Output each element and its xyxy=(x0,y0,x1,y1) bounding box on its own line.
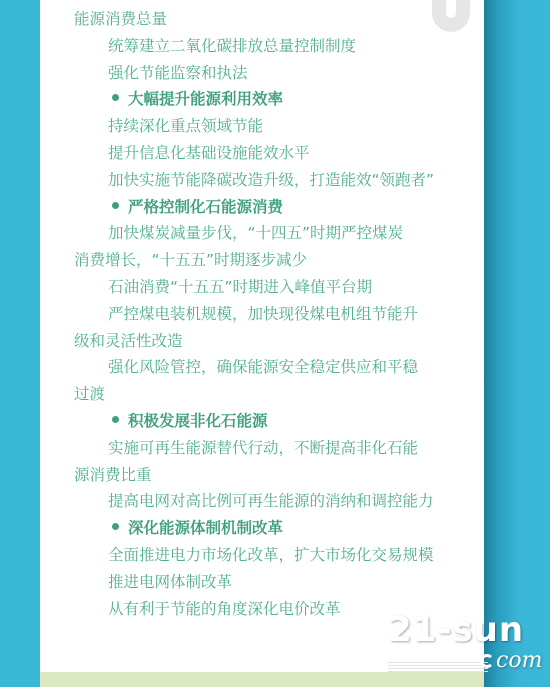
text-line: 消费增长，“十五五”时期逐步减少 xyxy=(74,247,474,274)
text-line: 持续深化重点领域节能 xyxy=(74,113,474,140)
heading-label: 大幅提升能源利用效率 xyxy=(128,90,283,108)
text-line: 加快实施节能降碳改造升级，打造能效“领跑者” xyxy=(74,167,474,194)
section-heading: 积极发展非化石能源 xyxy=(74,408,474,435)
text-line: 强化节能监察和执法 xyxy=(74,60,474,87)
text-line: 统筹建立二氧化碳排放总量控制制度 xyxy=(74,33,474,60)
heading-label: 严格控制化石能源消费 xyxy=(128,198,283,216)
bullet-icon xyxy=(112,416,119,423)
section-heading: 深化能源体制机制改革 xyxy=(74,515,474,542)
watermark-lines-decoration xyxy=(388,662,488,674)
text-line: 源消费比重 xyxy=(74,462,474,489)
heading-label: 深化能源体制机制改革 xyxy=(128,519,283,537)
text-line: 过渡 xyxy=(74,381,474,408)
text-line: 全面推进电力市场化改革，扩大市场化交易规模 xyxy=(74,542,474,569)
watermark-suffix: com xyxy=(496,648,542,673)
bullet-icon xyxy=(112,94,119,101)
text-line: 能源消费总量 xyxy=(74,6,474,33)
text-line: 推进电网体制改革 xyxy=(74,569,474,596)
bullet-icon xyxy=(112,523,119,530)
section-heading: 严格控制化石能源消费 xyxy=(74,194,474,221)
text-line: 提升信息化基础设施能效水平 xyxy=(74,140,474,167)
text-line: 石油消费“十五五”时期进入峰值平台期 xyxy=(74,274,474,301)
policy-list: 能源消费总量 统筹建立二氧化碳排放总量控制制度 强化节能监察和执法 大幅提升能源… xyxy=(74,6,474,622)
heading-label: 积极发展非化石能源 xyxy=(128,412,268,430)
background-shadow xyxy=(484,0,550,687)
section-heading: 大幅提升能源利用效率 xyxy=(74,86,474,113)
text-line: 实施可再生能源替代行动，不断提高非化石能 xyxy=(74,435,474,462)
text-line: 提高电网对高比例可再生能源的消纳和调控能力 xyxy=(74,488,474,515)
watermark-logo: 21-sun com xyxy=(388,610,538,680)
text-line: 加快煤炭减量步伐，“十四五”时期严控煤炭 xyxy=(74,220,474,247)
text-line: 级和灵活性改造 xyxy=(74,328,474,355)
bullet-icon xyxy=(112,202,119,209)
text-line: 严控煤电装机规模，加快现役煤电机组节能升 xyxy=(74,301,474,328)
swirl-icon xyxy=(480,654,494,668)
watermark-text: 21-sun xyxy=(388,610,524,650)
text-line: 强化风险管控，确保能源安全稳定供应和平稳 xyxy=(74,354,474,381)
